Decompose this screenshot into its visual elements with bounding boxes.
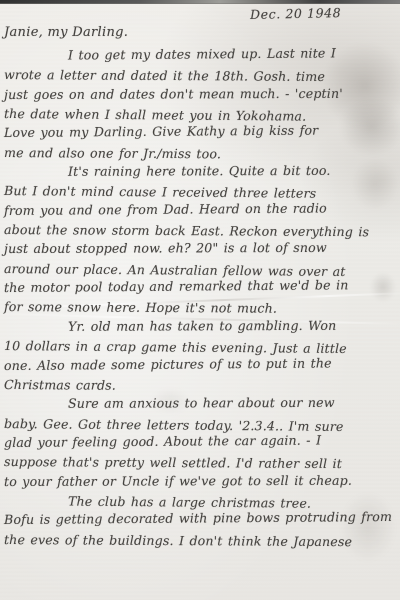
letter-date: Dec. 20 1948 (250, 5, 342, 22)
letter-page: Dec. 20 1948 Janie, my Darling. I too ge… (0, 0, 400, 600)
letter-body: I too get my dates mixed up. Last nite I… (4, 46, 396, 549)
letter-line: to your father or Uncle if we've got to … (4, 470, 396, 491)
letter-line: Sure am anxious to hear about our new (4, 393, 396, 414)
scan-top-edge (0, 0, 400, 4)
letter-line: glad your feeling good. About the car ag… (4, 430, 396, 452)
letter-line: one. Also made some pictures of us to pu… (4, 352, 396, 374)
letter-line: from you and one from Dad. Heard on the … (4, 198, 396, 220)
letter-line: It's raining here tonite. Quite a bit to… (4, 161, 396, 182)
letter-line: Love you my Darling. Give Kathy a big ki… (4, 120, 396, 142)
letter-line: I too get my dates mixed up. Last nite I (4, 43, 396, 65)
letter-line: just goes on and dates don't mean much. … (4, 83, 396, 104)
letter-salutation: Janie, my Darling. (4, 25, 128, 40)
letter-line: the motor pool today and remarked that w… (4, 275, 396, 297)
letter-line: the eves of the buildings. I don't think… (4, 530, 396, 552)
letter-line: Bofu is getting decorated with pine bows… (4, 507, 396, 529)
letter-line: just about stopped now. eh? 20" is a lot… (4, 238, 396, 259)
letter-line: Yr. old man has taken to gambling. Won (4, 315, 396, 336)
